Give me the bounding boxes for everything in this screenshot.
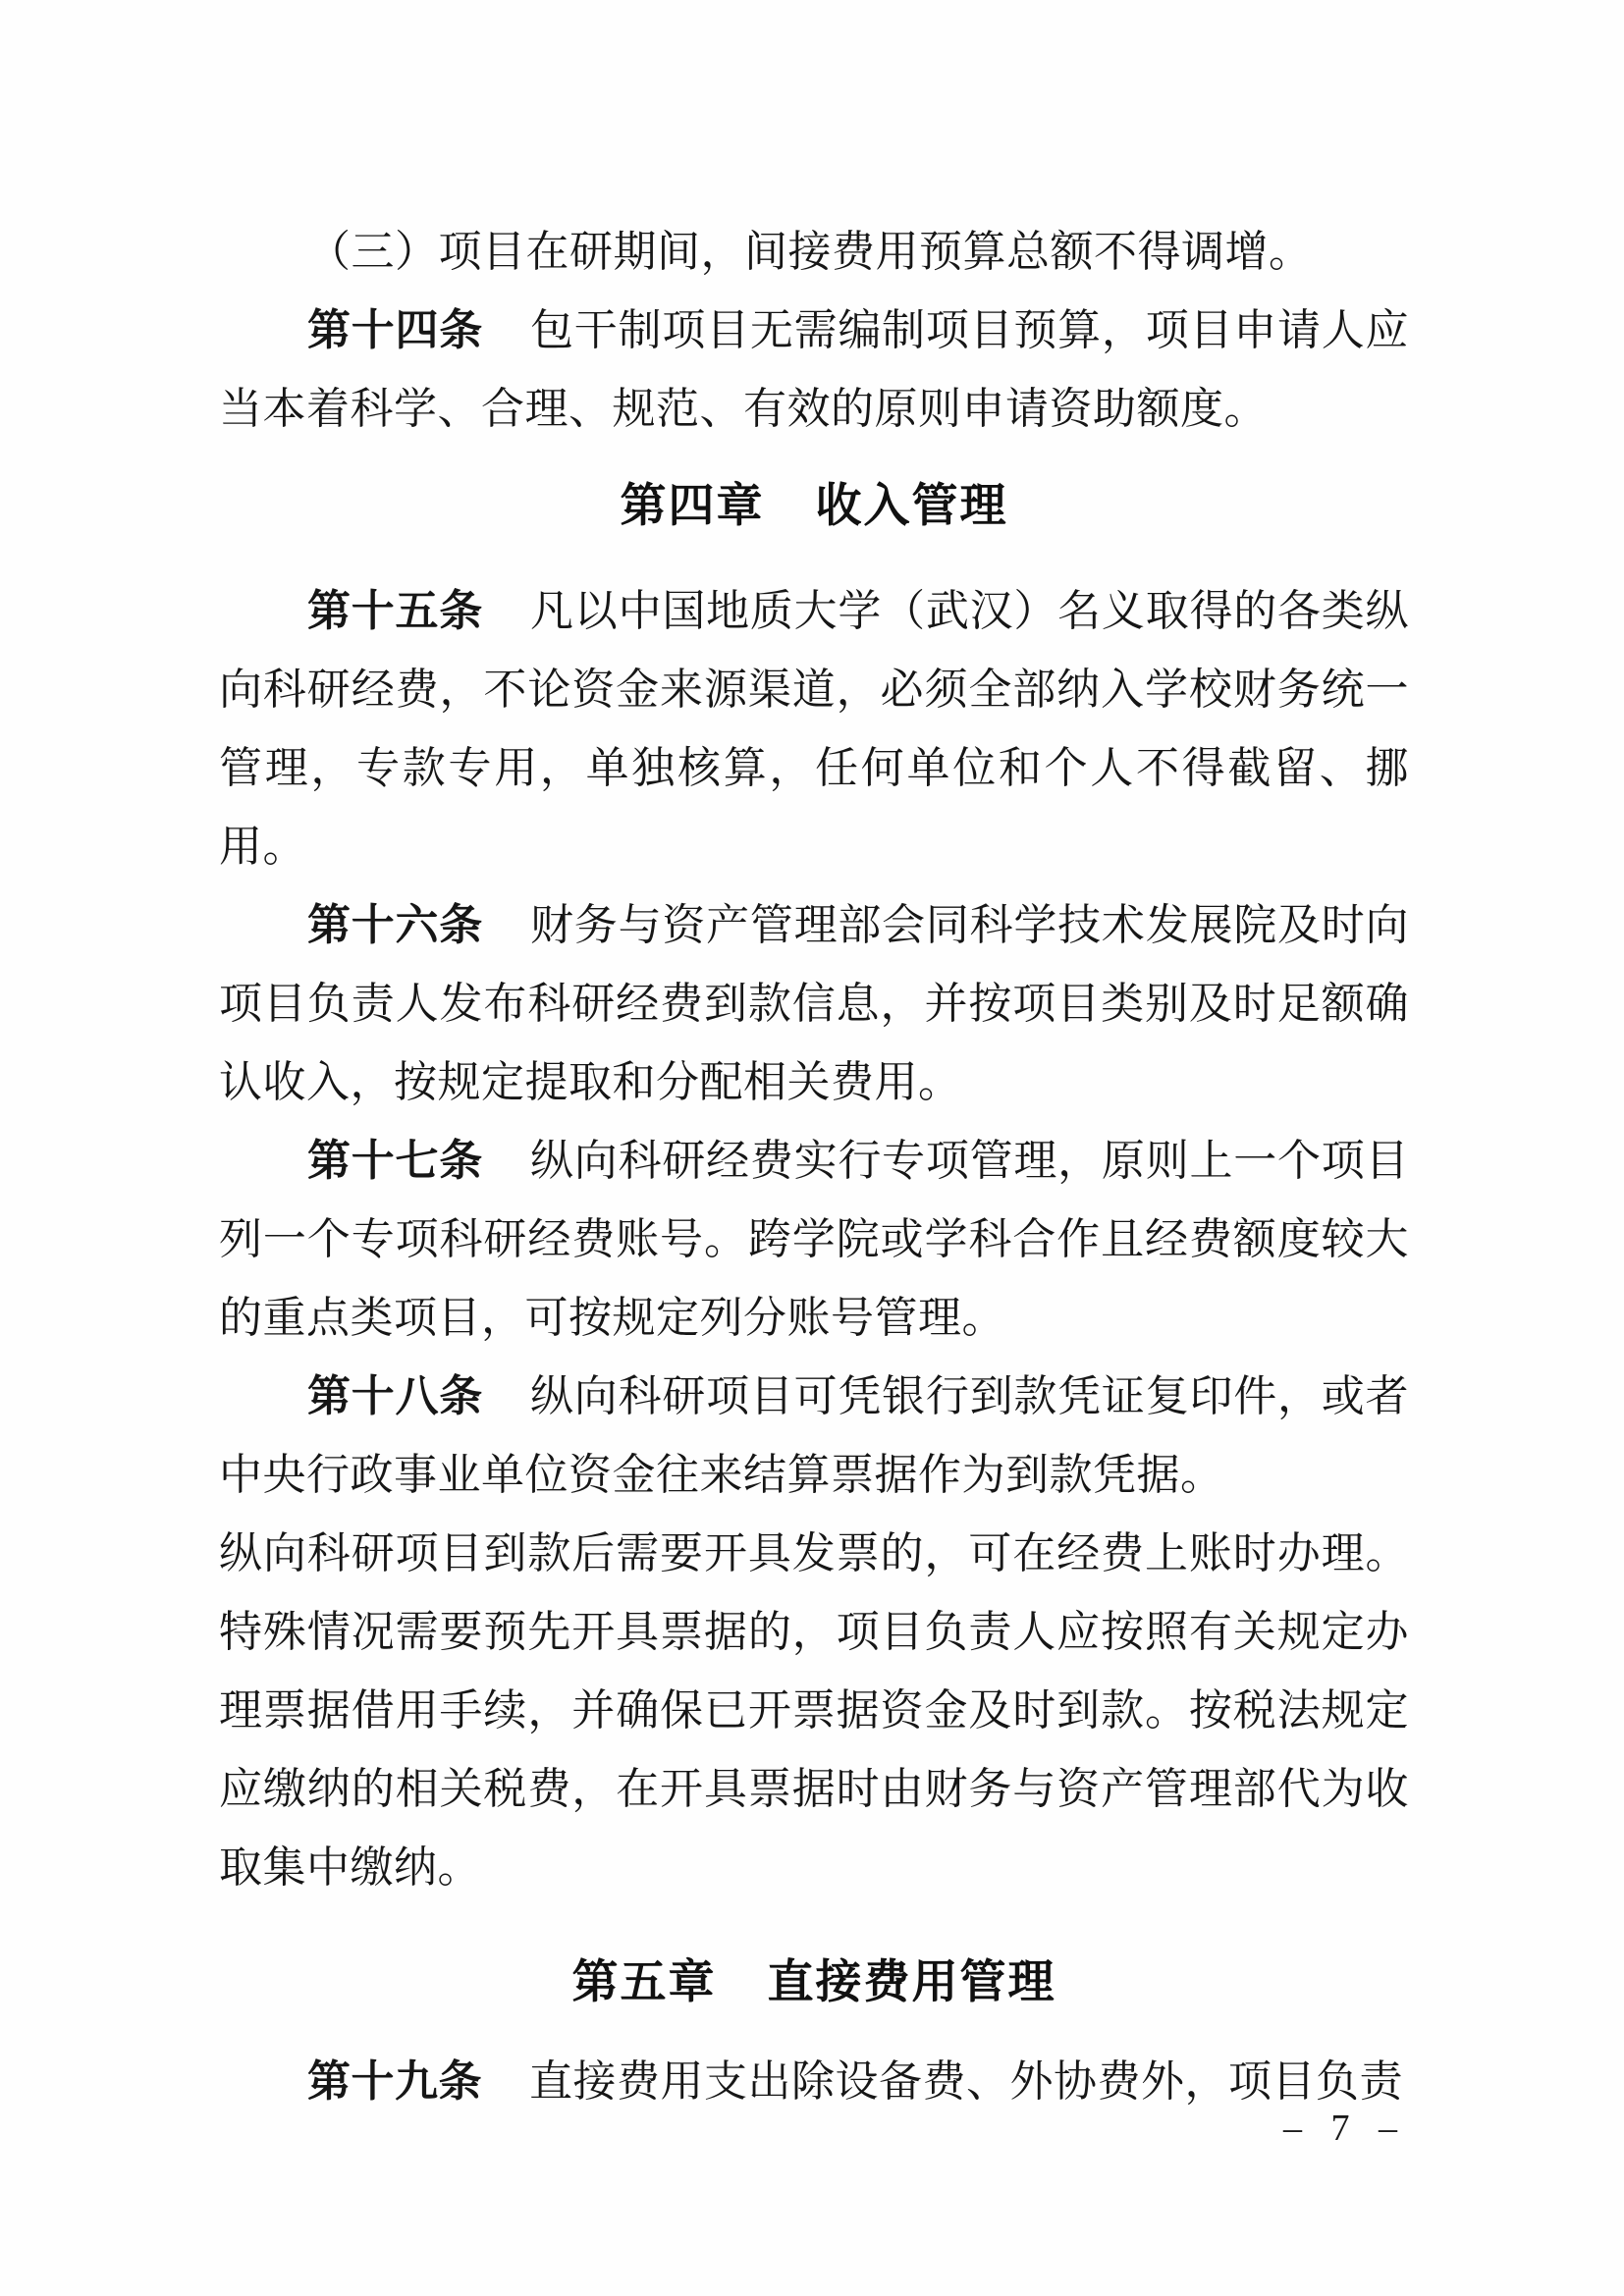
article-number: 第十九条 <box>307 2057 482 2106</box>
paragraph-item-3: （三）项目在研期间，间接费用预算总额不得调增。 <box>219 213 1409 292</box>
chapter-heading-4: 第四章收入管理 <box>219 466 1409 545</box>
chapter-heading-5: 第五章直接费用管理 <box>219 1943 1409 2021</box>
paragraph-text: （三）项目在研期间，间接费用预算总额不得调增。 <box>307 228 1313 276</box>
article-number: 第十八条 <box>307 1372 483 1420</box>
paragraph-article-15: 第十五条凡以中国地质大学（武汉）名义取得的各类纵向科研经费，不论资金来源渠道，必… <box>219 572 1409 886</box>
paragraph-article-17: 第十七条纵向科研经费实行专项管理，原则上一个项目列一个专项科研经费账号。跨学院或… <box>219 1122 1409 1358</box>
document-body: （三）项目在研期间，间接费用预算总额不得调增。 第十四条包干制项目无需编制项目预… <box>219 213 1409 2121</box>
chapter-number: 第五章 <box>572 1955 717 2007</box>
article-number: 第十七条 <box>307 1137 483 1185</box>
paragraph-article-16: 第十六条财务与资产管理部会同科学技术发展院及时向项目负责人发布科研经费到款信息，… <box>219 886 1409 1122</box>
chapter-title: 直接费用管理 <box>768 1955 1056 2007</box>
article-number: 第十五条 <box>307 587 483 635</box>
paragraph-article-18: 第十八条纵向科研项目可凭银行到款凭证复印件，或者中央行政事业单位资金往来结算票据… <box>219 1358 1409 1515</box>
chapter-title: 收入管理 <box>816 479 1008 531</box>
page-number: – 7 – <box>219 2107 1407 2150</box>
paragraph-invoice-rules: 纵向科研项目到款后需要开具发票的，可在经费上账时办理。特殊情况需要预先开具票据的… <box>219 1515 1409 1907</box>
chapter-number: 第四章 <box>621 479 765 531</box>
paragraph-text: 直接费用支出除设备费、外协费外，项目负责 <box>529 2057 1403 2106</box>
document-page: （三）项目在研期间，间接费用预算总额不得调增。 第十四条包干制项目无需编制项目预… <box>0 0 1624 2296</box>
article-number: 第十六条 <box>307 901 483 949</box>
paragraph-article-14: 第十四条包干制项目无需编制项目预算，项目申请人应当本着科学、合理、规范、有效的原… <box>219 292 1409 449</box>
article-number: 第十四条 <box>307 306 483 354</box>
paragraph-text: 纵向科研项目到款后需要开具发票的，可在经费上账时办理。特殊情况需要预先开具票据的… <box>219 1529 1409 1892</box>
